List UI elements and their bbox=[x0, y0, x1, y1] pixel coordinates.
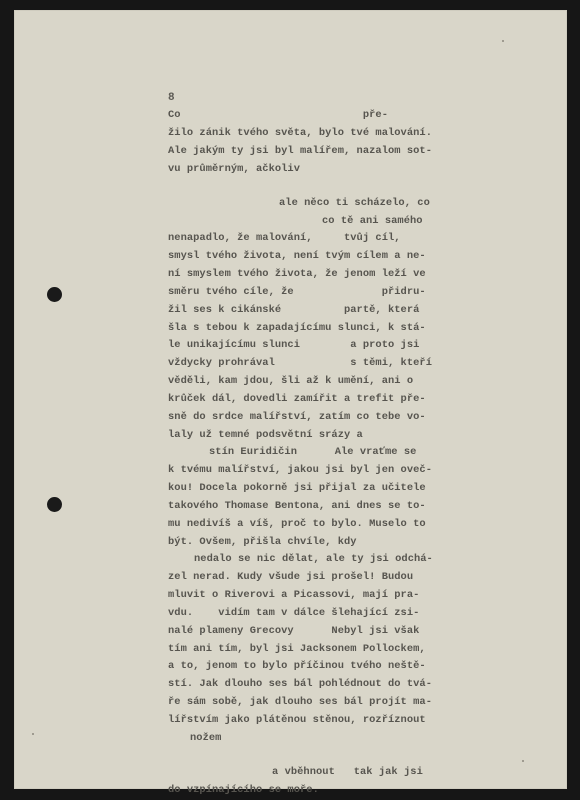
text-line: k tvému malířství, jakou jsi byl jen ove… bbox=[168, 462, 432, 480]
text-line: Co pře- bbox=[168, 107, 388, 125]
text-line: stín Euridičin Ale vraťme se bbox=[209, 444, 416, 462]
text-line: le unikajícímu slunci a proto jsi bbox=[168, 337, 419, 355]
text-line: vdu. vidím tam v dálce šlehající zsi- bbox=[168, 605, 419, 623]
text-line: nenapadlo, že malování, tvůj cíl, bbox=[168, 230, 401, 248]
text-line: a vběhnout tak jak jsi bbox=[272, 764, 423, 782]
punch-hole-bottom bbox=[47, 497, 62, 512]
text-line: vždycky prohrával s těmi, kteří bbox=[168, 355, 432, 373]
text-line: krůček dál, dovedli zamířit a trefit pře… bbox=[168, 391, 426, 409]
text-line: mluvit o Riverovi a Picassovi, mají pra- bbox=[168, 587, 419, 605]
text-line: být. Ovšem, přišla chvíle, kdy bbox=[168, 534, 357, 552]
text-line: do vzpínajícího se moře. bbox=[168, 782, 319, 800]
text-line: žil ses k cikánské partě, která bbox=[168, 302, 419, 320]
text-line: Ale jakým ty jsi byl malířem, nazalom so… bbox=[168, 143, 432, 161]
text-line: směru tvého cíle, že přidru- bbox=[168, 284, 426, 302]
text-line: žilo zánik tvého světa, bylo tvé malován… bbox=[168, 125, 432, 143]
text-line: ře sám sobě, jak dlouho ses bál projít m… bbox=[168, 694, 432, 712]
text-line: nalé plameny Grecovy Nebyl jsi však bbox=[168, 623, 419, 641]
text-line: takového Thomase Bentona, ani dnes se to… bbox=[168, 498, 426, 516]
text-line: smysl tvého života, není tvým cílem a ne… bbox=[168, 248, 426, 266]
paper-speck bbox=[522, 760, 524, 762]
text-line: vu průměrným, ačkoliv bbox=[168, 161, 300, 179]
text-line: lířstvím jako plátěnou stěnou, rozříznou… bbox=[168, 712, 426, 730]
text-line: mu nedivíš a víš, proč to bylo. Muselo t… bbox=[168, 516, 426, 534]
text-line: nožem bbox=[190, 730, 221, 748]
text-line: tím ani tím, byl jsi Jacksonem Pollockem… bbox=[168, 641, 426, 659]
paper-speck bbox=[502, 40, 504, 42]
paper-speck bbox=[32, 733, 34, 735]
text-line: laly už temné podsvětní srázy a bbox=[168, 427, 363, 445]
text-line: sně do srdce malířství, zatím co tebe vo… bbox=[168, 409, 426, 427]
text-line: věděli, kam jdou, šli až k umění, ani o bbox=[168, 373, 413, 391]
text-line: ní smyslem tvého života, že jenom leží v… bbox=[168, 266, 426, 284]
text-line: zel nerad. Kudy všude jsi prošel! Budou bbox=[168, 569, 413, 587]
text-line: stí. Jak dlouho ses bál pohlédnout do tv… bbox=[168, 676, 432, 694]
punch-hole-top bbox=[47, 287, 62, 302]
text-line: a to, jenom to bylo příčinou tvého neště… bbox=[168, 658, 426, 676]
text-line: šla s tebou k zapadajícímu slunci, k stá… bbox=[168, 320, 426, 338]
text-line: ale něco ti scházelo, co bbox=[279, 195, 430, 213]
text-line: nedalo se nic dělat, ale ty jsi odchá- bbox=[194, 551, 433, 569]
page-number: 8 bbox=[168, 92, 175, 104]
text-line: kou! Docela pokorně jsi přijal za učitel… bbox=[168, 480, 426, 498]
text-line: co tě ani samého bbox=[322, 213, 423, 231]
